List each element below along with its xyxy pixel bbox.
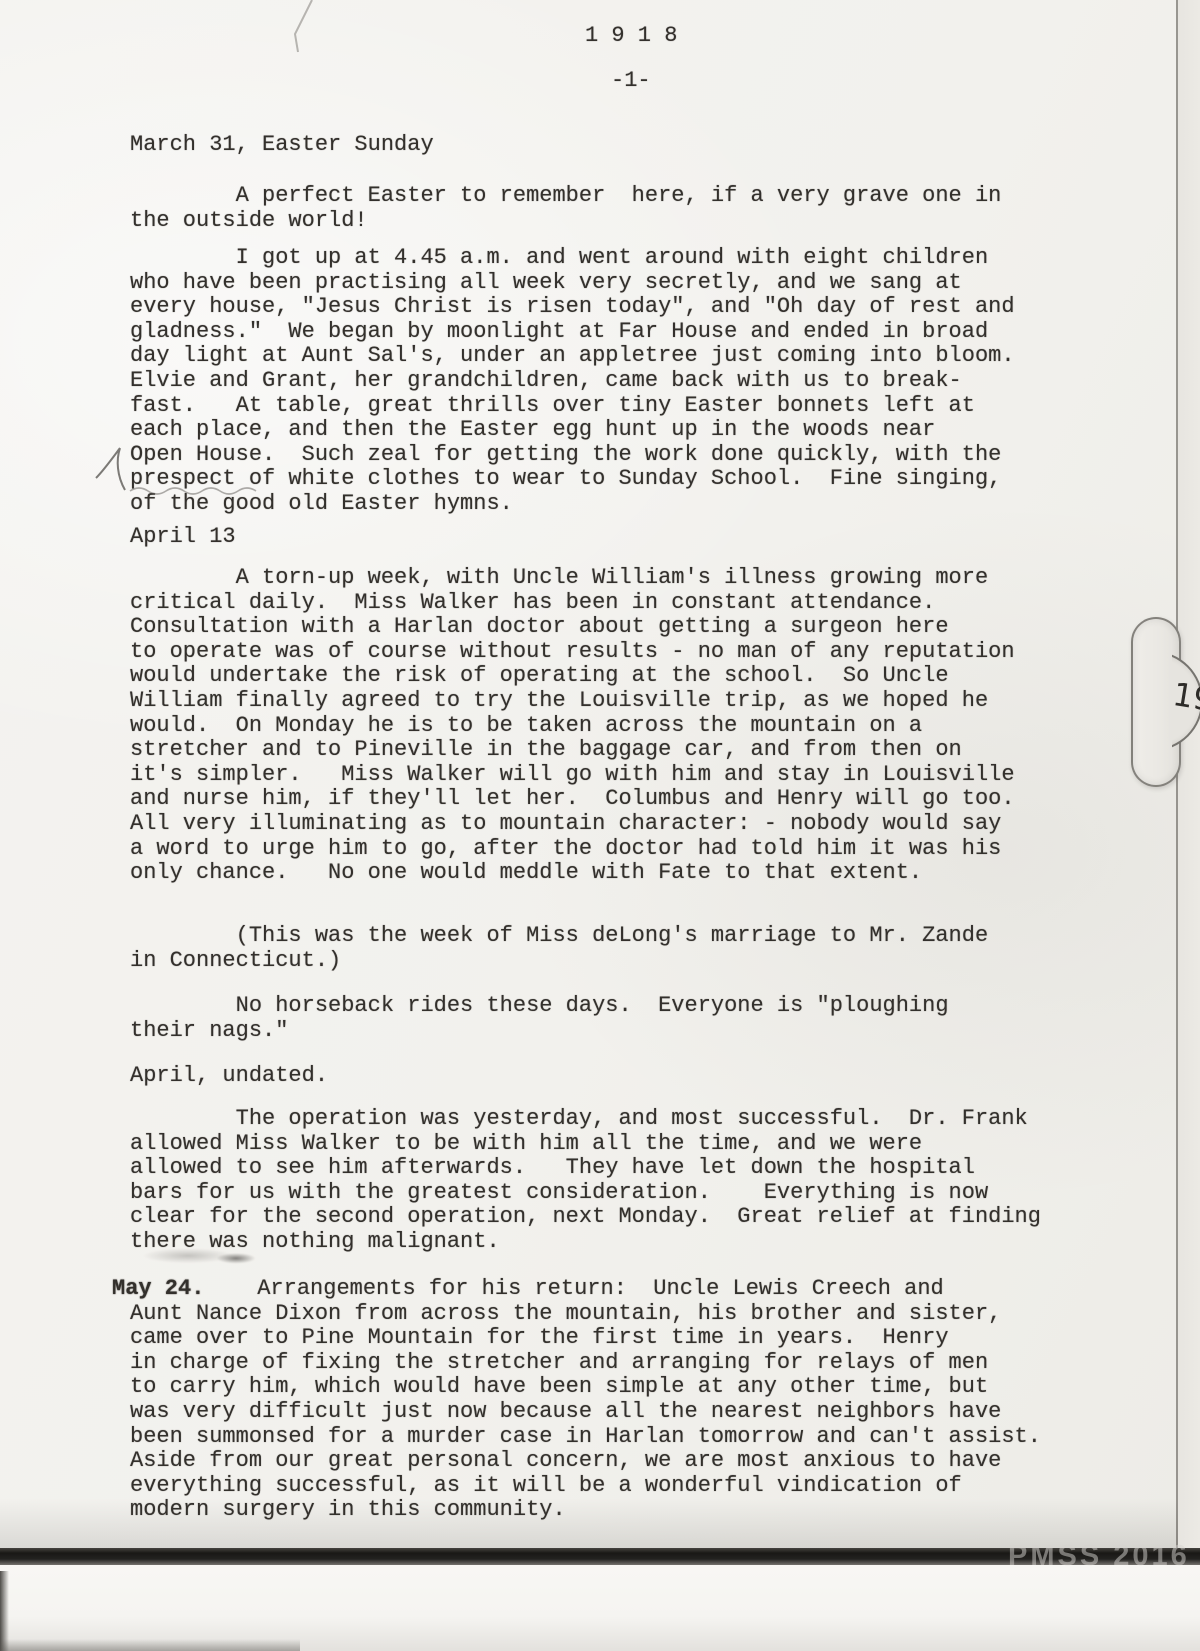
typed-line: each place, and then the Easter egg hunt… xyxy=(130,418,1015,443)
underlying-sheet xyxy=(0,1565,1200,1651)
typed-line: Open House. Such zeal for getting the wo… xyxy=(130,443,1015,468)
underlying-sheet-bottom-edge xyxy=(0,1639,300,1651)
date-heading: April 13 xyxy=(130,525,236,550)
typed-line: Consultation with a Harlan doctor about … xyxy=(130,615,1015,640)
typed-line: a word to urge him to go, after the doct… xyxy=(130,837,1015,862)
typed-line: was very difficult just now because all … xyxy=(130,1400,1041,1425)
typed-line: fast. At table, great thrills over tiny … xyxy=(130,394,1015,419)
typed-line: Elvie and Grant, her grandchildren, came… xyxy=(130,369,1015,394)
typed-line: stretcher and to Pineville in the baggag… xyxy=(130,738,1015,763)
typed-line: to carry him, which would have been simp… xyxy=(130,1375,1041,1400)
typed-line: everything successful, as it will be a w… xyxy=(130,1474,1041,1499)
paragraph: (This was the week of Miss deLong's marr… xyxy=(130,924,988,973)
typed-line: No horseback rides these days. Everyone … xyxy=(130,994,949,1019)
page-number: -1- xyxy=(611,69,651,94)
typed-line: would undertake the risk of operating at… xyxy=(130,664,1015,689)
typed-line: critical daily. Miss Walker has been in … xyxy=(130,591,1015,616)
typed-line: May 24. Arrangements for his return: Unc… xyxy=(130,1277,1041,1302)
typed-line: been summonsed for a murder case in Harl… xyxy=(130,1425,1041,1450)
typed-line: William finally agreed to try the Louisv… xyxy=(130,689,1015,714)
typed-line: it's simpler. Miss Walker will go with h… xyxy=(130,763,1015,788)
typed-line: Aunt Nance Dixon from across the mountai… xyxy=(130,1302,1041,1327)
typed-line: allowed Miss Walker to be with him all t… xyxy=(130,1132,1041,1157)
typed-line: only chance. No one would meddle with Fa… xyxy=(130,861,1015,886)
paragraph: The operation was yesterday, and most su… xyxy=(130,1107,1041,1255)
page-right-underlay xyxy=(1178,0,1200,1549)
typed-line: gladness." We began by moonlight at Far … xyxy=(130,320,1015,345)
side-tab: 19 xyxy=(1172,640,1200,762)
date-label: May 24. xyxy=(112,1277,204,1302)
typed-line: A torn-up week, with Uncle William's ill… xyxy=(130,566,1015,591)
typed-line: day light at Aunt Sal's, under an applet… xyxy=(130,344,1015,369)
typed-text: 1 9 1 8 -1- March 31, Easter Sunday A pe… xyxy=(130,0,1178,1549)
scanned-page: 1 9 1 8 -1- March 31, Easter Sunday A pe… xyxy=(0,0,1200,1651)
date-heading: March 31, Easter Sunday xyxy=(130,133,434,158)
paragraph: I got up at 4.45 a.m. and went around wi… xyxy=(130,246,1015,517)
typed-line: allowed to see him afterwards. They have… xyxy=(130,1156,1041,1181)
typed-line: would. On Monday he is to be taken acros… xyxy=(130,714,1015,739)
year-header: 1 9 1 8 xyxy=(585,24,677,49)
date-heading: April, undated. xyxy=(130,1064,328,1089)
typed-line: to operate was of course without results… xyxy=(130,640,1015,665)
underline-squiggle xyxy=(128,486,278,496)
paragraph: May 24. Arrangements for his return: Unc… xyxy=(130,1277,1041,1523)
typed-line: every house, "Jesus Christ is risen toda… xyxy=(130,295,1015,320)
typed-line: who have been practising all week very s… xyxy=(130,271,1015,296)
side-tab-label: 19 xyxy=(1172,675,1200,719)
typed-line: Aside from our great personal concern, w… xyxy=(130,1449,1041,1474)
smudge-mark xyxy=(128,1244,278,1270)
typed-line: modern surgery in this community. xyxy=(130,1498,1041,1523)
typed-line: their nags." xyxy=(130,1019,949,1044)
typed-line: The operation was yesterday, and most su… xyxy=(130,1107,1041,1132)
paragraph: No horseback rides these days. Everyone … xyxy=(130,994,949,1043)
typed-line: in charge of fixing the stretcher and ar… xyxy=(130,1351,1041,1376)
typed-line: came over to Pine Mountain for the first… xyxy=(130,1326,1041,1351)
typed-line: All very illuminating as to mountain cha… xyxy=(130,812,1015,837)
typed-line: I got up at 4.45 a.m. and went around wi… xyxy=(130,246,1015,271)
paragraph: A torn-up week, with Uncle William's ill… xyxy=(130,566,1015,886)
typed-line: the outside world! xyxy=(130,209,1001,234)
typed-line: (This was the week of Miss deLong's marr… xyxy=(130,924,988,949)
typed-line: clear for the second operation, next Mon… xyxy=(130,1205,1041,1230)
typed-line: in Connecticut.) xyxy=(130,949,988,974)
typed-line: bars for us with the greatest considerat… xyxy=(130,1181,1041,1206)
typed-line-text: Arrangements for his return: Uncle Lewis… xyxy=(204,1276,943,1301)
paragraph: A perfect Easter to remember here, if a … xyxy=(130,184,1001,233)
typed-line: A perfect Easter to remember here, if a … xyxy=(130,184,1001,209)
typed-line: and nurse him, if they'll let her. Colum… xyxy=(130,787,1015,812)
watermark: PMSS 2016 xyxy=(1008,1540,1190,1573)
